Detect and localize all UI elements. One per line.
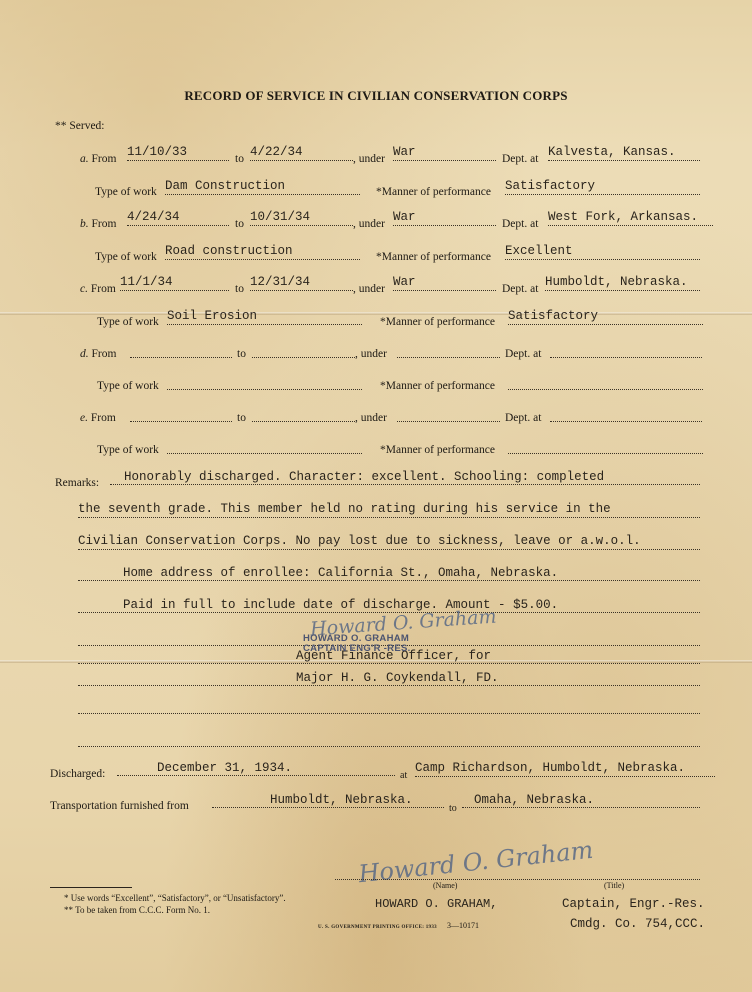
dept-at-label: Dept. at [505, 412, 541, 424]
typed-title-line-1: Captain, Engr.-Res. [562, 897, 705, 911]
type-of-work-field: Road construction [165, 245, 360, 260]
under-label: , under [353, 283, 385, 295]
served-label: ** Served: [55, 120, 105, 132]
under-label: , under [355, 348, 387, 360]
department-field: War [393, 146, 496, 161]
remarks-line-1: Honorably discharged. Character: excelle… [110, 471, 700, 485]
location-field [550, 343, 702, 358]
under-label: , under [355, 412, 387, 424]
to-date-field: 4/22/34 [250, 146, 353, 161]
to-date-field: 10/31/34 [250, 211, 353, 226]
handwritten-signature: Howard O. Graham [357, 836, 594, 888]
footnote-rule [50, 887, 132, 888]
to-date-field [252, 407, 355, 422]
dept-at-label: Dept. at [502, 218, 538, 230]
remarks-line-2: the seventh grade. This member held no r… [78, 503, 700, 518]
location-field [550, 407, 702, 422]
period-letter: a. [80, 153, 89, 165]
typed-title-line-2: Cmdg. Co. 754,CCC. [570, 917, 705, 931]
manner-label: *Manner of performance [380, 444, 495, 456]
department-field [397, 343, 500, 358]
from-label: From [92, 218, 117, 230]
to-label: to [235, 218, 244, 230]
manner-label: *Manner of performance [376, 186, 491, 198]
from-label: From [92, 348, 117, 360]
form-number: 3—10171 [447, 921, 479, 930]
transportation-to-label: to [449, 803, 457, 814]
from-label: From [91, 283, 116, 295]
manner-field [508, 375, 703, 390]
remarks-line-4: Home address of enrollee: California St.… [78, 567, 700, 581]
at-label: at [400, 770, 407, 781]
from-label: From [91, 412, 116, 424]
period-letter: c. [80, 283, 88, 295]
type-of-work-label: Type of work [97, 444, 159, 456]
remarks-line-3: Civilian Conservation Corps. No pay lost… [78, 535, 700, 550]
manner-label: *Manner of performance [380, 380, 495, 392]
type-of-work-label: Type of work [97, 380, 159, 392]
transportation-label: Transportation furnished from [50, 800, 189, 812]
location-field: West Fork, Arkansas. [548, 211, 713, 226]
discharged-label: Discharged: [50, 768, 105, 780]
dept-at-label: Dept. at [502, 153, 538, 165]
manner-field: Satisfactory [508, 310, 703, 325]
from-date-field: 11/1/34 [120, 276, 229, 291]
to-label: to [235, 283, 244, 295]
footnote-form-source: ** To be taken from C.C.C. Form No. 1. [64, 905, 210, 915]
document-title: RECORD OF SERVICE IN CIVILIAN CONSERVATI… [0, 88, 752, 104]
type-of-work-label: Type of work [95, 251, 157, 263]
officer-stamp-line-2: CAPTAIN ENG'R -RES. [303, 643, 411, 654]
discharge-place-field: Camp Richardson, Humboldt, Nebraska. [415, 762, 715, 777]
printer-imprint: U. S. GOVERNMENT PRINTING OFFICE: 1933 [318, 925, 437, 930]
dept-at-label: Dept. at [505, 348, 541, 360]
transportation-from-field: Humboldt, Nebraska. [212, 794, 444, 808]
type-of-work-field: Soil Erosion [167, 310, 362, 325]
under-label: , under [353, 218, 385, 230]
remarks-line-9 [78, 712, 700, 714]
to-label: to [237, 412, 246, 424]
remarks-line-10 [78, 745, 700, 747]
period-letter: d. [80, 348, 89, 360]
period-letter: e. [80, 412, 88, 424]
remarks-line-8: Major H. G. Coykendall, FD. [78, 672, 700, 686]
manner-field: Excellent [505, 245, 700, 260]
remarks-line-5: Paid in full to include date of discharg… [78, 599, 700, 613]
manner-label: *Manner of performance [376, 251, 491, 263]
location-field: Humboldt, Nebraska. [545, 276, 700, 291]
under-label: , under [353, 153, 385, 165]
type-of-work-label: Type of work [95, 186, 157, 198]
transportation-to-field: Omaha, Nebraska. [462, 794, 700, 808]
type-of-work-field: Dam Construction [165, 180, 360, 195]
manner-label: *Manner of performance [380, 316, 495, 328]
from-date-field: 4/24/34 [127, 211, 229, 226]
to-date-field [252, 343, 355, 358]
type-of-work-field [167, 439, 362, 454]
manner-field: Satisfactory [505, 180, 700, 195]
type-of-work-label: Type of work [97, 316, 159, 328]
typed-name: HOWARD O. GRAHAM, [375, 897, 497, 911]
to-label: to [237, 348, 246, 360]
title-caption: (Title) [604, 881, 624, 890]
remarks-label: Remarks: [55, 477, 99, 489]
location-field: Kalvesta, Kansas. [548, 146, 700, 161]
ccc-service-record-page: RECORD OF SERVICE IN CIVILIAN CONSERVATI… [0, 0, 752, 992]
discharge-date-field: December 31, 1934. [117, 762, 395, 776]
manner-field [508, 439, 703, 454]
signature-line [335, 878, 700, 880]
period-letter: b. [80, 218, 89, 230]
department-field [397, 407, 500, 422]
to-date-field: 12/31/34 [250, 276, 353, 291]
from-date-field [130, 343, 232, 358]
to-label: to [235, 153, 244, 165]
type-of-work-field [167, 375, 362, 390]
from-date-field [130, 407, 232, 422]
dept-at-label: Dept. at [502, 283, 538, 295]
department-field: War [393, 276, 496, 291]
from-label: From [92, 153, 117, 165]
name-caption: (Name) [433, 881, 457, 890]
department-field: War [393, 211, 496, 226]
footnote-manner-words: * Use words “Excellent”, “Satisfactory”,… [64, 893, 286, 903]
from-date-field: 11/10/33 [127, 146, 229, 161]
